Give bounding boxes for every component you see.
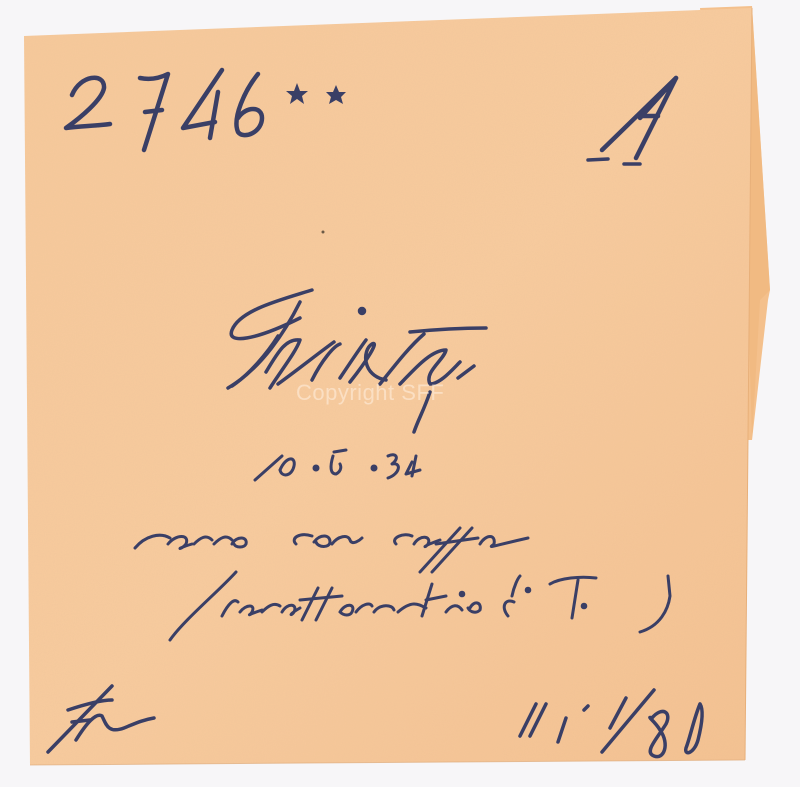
description-line-2: (caratteristico di T.) <box>170 580 471 615</box>
catalog-marks: ** <box>284 80 306 105</box>
copyright-watermark: Copyright SFF <box>296 380 444 406</box>
description-line-1: carro con caffè <box>135 525 363 560</box>
category-letter: A <box>600 80 643 150</box>
catalog-number: 2746 <box>66 70 188 126</box>
photo-stage: Copyright SFF 2746 ** A Trieste 10.5.34 … <box>0 0 800 787</box>
photo-date: 10.5.34 <box>255 450 362 483</box>
archive-date: 11 i 1/80 <box>515 700 694 746</box>
initials: Fp <box>48 695 101 741</box>
place-name: Trieste <box>228 300 428 365</box>
